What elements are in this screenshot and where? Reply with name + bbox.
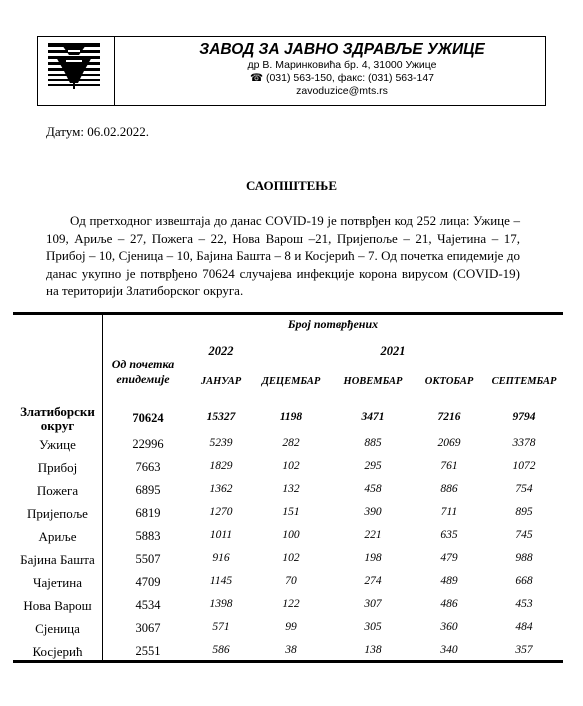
row-value: 635: [413, 529, 485, 541]
row-name: Косјерић: [13, 644, 102, 660]
table-row: Пожега68951362132458886754: [13, 483, 563, 505]
column-header-month: НОВЕМБАР: [333, 376, 413, 387]
row-value: 274: [333, 575, 413, 587]
row-value: 1145: [189, 575, 253, 587]
column-header-month: ЈАНУАР: [189, 376, 253, 387]
row-value: 886: [413, 483, 485, 495]
row-value: 100: [253, 529, 329, 541]
row-value: 458: [333, 483, 413, 495]
row-value: 754: [485, 483, 563, 495]
table-top-border: [13, 312, 563, 315]
column-header-since-start: Од почетка епидемије: [108, 357, 178, 387]
row-value: 360: [413, 621, 485, 633]
table-row: Ариље58831011100221635745: [13, 529, 563, 551]
row-name: Нова Варош: [13, 598, 102, 614]
row-value: 4534: [113, 598, 183, 613]
row-name: Ариље: [13, 529, 102, 545]
row-value: 885: [333, 437, 413, 449]
row-value: 6819: [113, 506, 183, 521]
logo-cell: [38, 37, 115, 105]
row-value: 295: [333, 460, 413, 472]
row-value: 1829: [189, 460, 253, 472]
row-value: 122: [253, 598, 329, 610]
row-value: 489: [413, 575, 485, 587]
row-value: 7663: [113, 460, 183, 475]
row-value: 7216: [413, 411, 485, 423]
row-value: 132: [253, 483, 329, 495]
row-value: 571: [189, 621, 253, 633]
row-name: Чајетина: [13, 575, 102, 591]
row-value: 5507: [113, 552, 183, 567]
row-value: 138: [333, 644, 413, 656]
row-value: 453: [485, 598, 563, 610]
row-value: 151: [253, 506, 329, 518]
table-row: Ужице22996523928288520693378: [13, 437, 563, 459]
year-header-2022: 2022: [189, 344, 253, 359]
row-name: Прибој: [13, 460, 102, 476]
year-header-2021: 2021: [353, 344, 433, 359]
body-paragraph: Од претходног извештаја до данас COVID-1…: [46, 212, 520, 300]
column-header-month: ДЕЦЕМБАР: [253, 376, 329, 387]
row-value: 357: [485, 644, 563, 656]
letterhead: ЗАВОД ЗА ЈАВНО ЗДРАВЉЕ УЖИЦЕ др В. Марин…: [37, 36, 546, 106]
row-value: 586: [189, 644, 253, 656]
organization-email: zavoduzice@mts.rs: [139, 85, 545, 98]
table-total-row: Златиборски округ70624153271198347172169…: [13, 405, 563, 427]
row-value: 5883: [113, 529, 183, 544]
row-value: 390: [333, 506, 413, 518]
row-value: 761: [413, 460, 485, 472]
row-value: 102: [253, 552, 329, 564]
row-value: 484: [485, 621, 563, 633]
row-value: 38: [253, 644, 329, 656]
row-value: 3067: [113, 621, 183, 636]
row-value: 711: [413, 506, 485, 518]
row-name: Бајина Башта: [13, 552, 102, 568]
row-value: 1398: [189, 598, 253, 610]
row-value: 99: [253, 621, 329, 633]
row-value: 668: [485, 575, 563, 587]
table-row: Бајина Башта5507916102198479988: [13, 552, 563, 574]
row-value: 2551: [113, 644, 183, 659]
row-value: 5239: [189, 437, 253, 449]
row-value: 340: [413, 644, 485, 656]
table-row: Косјерић255158638138340357: [13, 644, 563, 666]
row-value: 221: [333, 529, 413, 541]
row-value: 102: [253, 460, 329, 472]
row-value: 1011: [189, 529, 253, 541]
table-row: Прибој766318291022957611072: [13, 460, 563, 482]
column-header-month: СЕПТЕМБАР: [485, 376, 563, 387]
row-value: 6895: [113, 483, 183, 498]
column-header-month: ОКТОБАР: [413, 376, 485, 387]
organization-name: ЗАВОД ЗА ЈАВНО ЗДРАВЉЕ УЖИЦЕ: [139, 41, 545, 59]
row-value: 70624: [113, 411, 183, 426]
row-value: 988: [485, 552, 563, 564]
row-value: 745: [485, 529, 563, 541]
table-row: Чајетина4709114570274489668: [13, 575, 563, 597]
row-name: Сјеница: [13, 621, 102, 637]
row-value: 70: [253, 575, 329, 587]
organization-phone: ☎ (031) 563-150, факс: (031) 563-147: [139, 72, 545, 85]
row-value: 3378: [485, 437, 563, 449]
row-value: 9794: [485, 411, 563, 423]
row-value: 4709: [113, 575, 183, 590]
row-value: 305: [333, 621, 413, 633]
row-name: Ужице: [13, 437, 102, 453]
row-value: 1198: [253, 411, 329, 423]
row-value: 1362: [189, 483, 253, 495]
row-value: 895: [485, 506, 563, 518]
table-row: Нова Варош45341398122307486453: [13, 598, 563, 620]
row-name: Пожега: [13, 483, 102, 499]
row-value: 3471: [333, 411, 413, 423]
row-value: 479: [413, 552, 485, 564]
organization-info: ЗАВОД ЗА ЈАВНО ЗДРАВЉЕ УЖИЦЕ др В. Марин…: [115, 41, 545, 98]
row-value: 1072: [485, 460, 563, 472]
row-value: 307: [333, 598, 413, 610]
row-value: 22996: [113, 437, 183, 452]
institute-logo-icon: [46, 41, 102, 93]
table-row: Пријепоље68191270151390711895: [13, 506, 563, 528]
table-group-header: Број потврђених: [103, 317, 563, 332]
row-name: Пријепоље: [13, 506, 102, 522]
document-title: САОПШТЕЊЕ: [0, 178, 583, 194]
row-value: 1270: [189, 506, 253, 518]
row-value: 198: [333, 552, 413, 564]
document-date: Датум: 06.02.2022.: [46, 124, 149, 140]
row-value: 282: [253, 437, 329, 449]
row-value: 15327: [189, 411, 253, 423]
organization-address: др В. Маринковића бр. 4, 31000 Ужице: [139, 59, 545, 72]
row-name: Златиборски округ: [13, 405, 102, 433]
row-value: 2069: [413, 437, 485, 449]
row-value: 916: [189, 552, 253, 564]
table-row: Сјеница306757199305360484: [13, 621, 563, 643]
row-value: 486: [413, 598, 485, 610]
